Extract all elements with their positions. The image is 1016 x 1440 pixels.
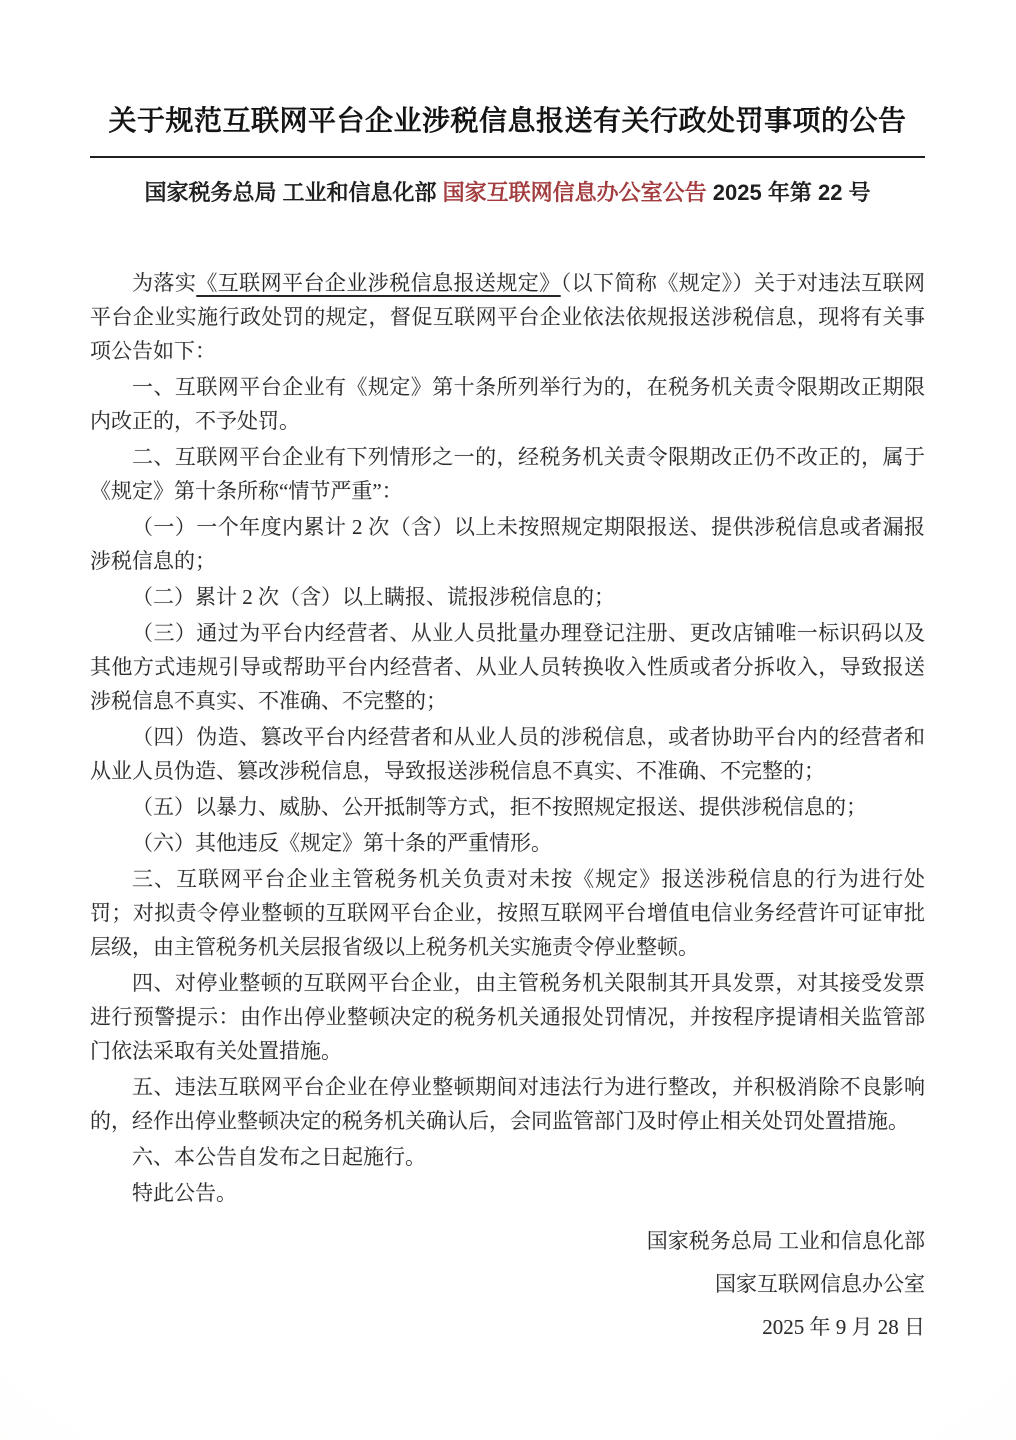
signature-agencies: 国家税务总局 工业和信息化部 (90, 1220, 925, 1263)
regulation-title-link[interactable]: 《互联网平台企业涉税信息报送规定》 (196, 271, 560, 295)
title-divider (90, 156, 925, 158)
document-subtitle: 国家税务总局 工业和信息化部 国家互联网信息办公室公告 2025 年第 22 号 (90, 178, 925, 208)
subtitle-issue-number: 2025 年第 22 号 (707, 180, 871, 205)
intro-paragraph: 为落实《互联网平台企业涉税信息报送规定》（以下简称《规定》）关于对违法互联网平台… (90, 266, 925, 368)
body-subitem-3: （三）通过为平台内经营者、从业人员批量办理登记注册、更改店铺唯一标识码以及其他方… (90, 616, 925, 718)
closing-statement: 特此公告。 (90, 1176, 925, 1210)
subtitle-agencies: 国家税务总局 工业和信息化部 (144, 180, 442, 205)
signature-date: 2025 年 9 月 28 日 (90, 1306, 925, 1349)
intro-lead: 为落实 (132, 271, 196, 295)
document-body: 为落实《互联网平台企业涉税信息报送规定》（以下简称《规定》）关于对违法互联网平台… (90, 266, 925, 1210)
body-paragraph-1: 一、互联网平台企业有《规定》第十条所列举行为的，在税务机关责令限期改正期限内改正… (90, 370, 925, 438)
signature-office: 国家互联网信息办公室 (90, 1263, 925, 1306)
body-subitem-6: （六）其他违反《规定》第十条的严重情形。 (90, 826, 925, 860)
body-subitem-4: （四）伪造、篡改平台内经营者和从业人员的涉税信息，或者协助平台内的经营者和从业人… (90, 720, 925, 788)
body-subitem-5: （五）以暴力、威胁、公开抵制等方式，拒不按照规定报送、提供涉税信息的； (90, 790, 925, 824)
body-paragraph-3: 三、互联网平台企业主管税务机关负责对未按《规定》报送涉税信息的行为进行处罚；对拟… (90, 862, 925, 964)
document-page: 关于规范互联网平台企业涉税信息报送有关行政处罚事项的公告 国家税务总局 工业和信… (0, 0, 1016, 1440)
document-title: 关于规范互联网平台企业涉税信息报送有关行政处罚事项的公告 (90, 0, 925, 139)
body-paragraph-2: 二、互联网平台企业有下列情形之一的，经税务机关责令限期改正仍不改正的，属于《规定… (90, 440, 925, 508)
body-paragraph-4: 四、对停业整顿的互联网平台企业，由主管税务机关限制其开具发票，对其接受发票进行预… (90, 966, 925, 1068)
subtitle-issuing-office: 国家互联网信息办公室公告 (443, 180, 707, 205)
body-paragraph-6: 六、本公告自发布之日起施行。 (90, 1140, 925, 1174)
body-paragraph-5: 五、违法互联网平台企业在停业整顿期间对违法行为进行整改，并积极消除不良影响的，经… (90, 1070, 925, 1138)
signature-block: 国家税务总局 工业和信息化部 国家互联网信息办公室 2025 年 9 月 28 … (90, 1220, 925, 1349)
body-subitem-1: （一）一个年度内累计 2 次（含）以上未按照规定期限报送、提供涉税信息或者漏报涉… (90, 510, 925, 578)
body-subitem-2: （二）累计 2 次（含）以上瞒报、谎报涉税信息的； (90, 580, 925, 614)
